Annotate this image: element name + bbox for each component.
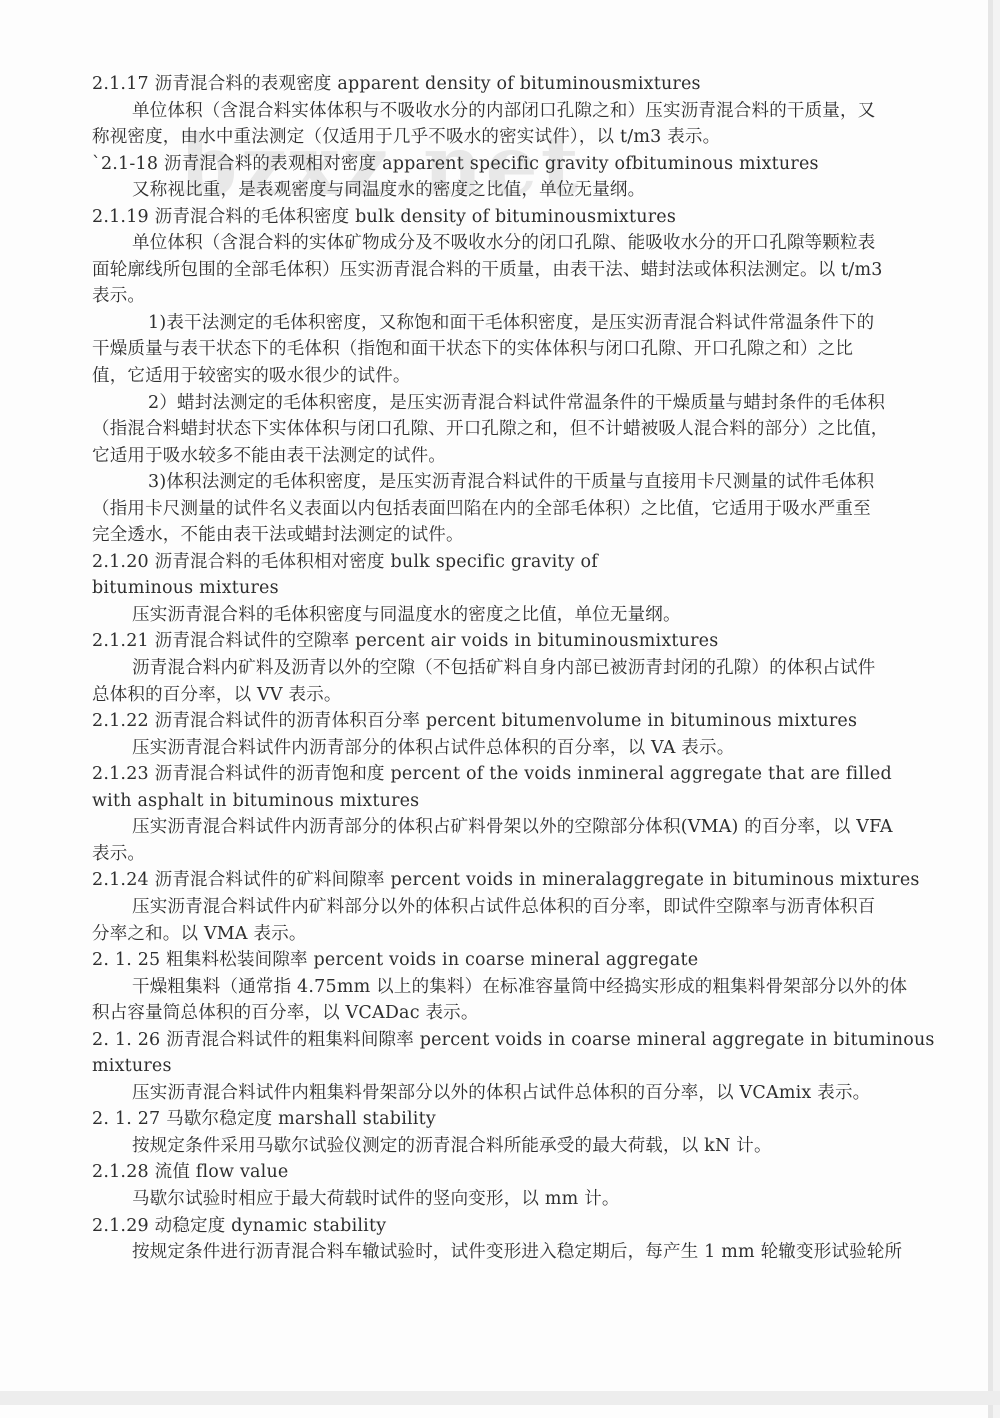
- text-line: 2.1.17 沥青混合料的表观密度 apparent density of bi…: [92, 71, 952, 98]
- text-line: 压实沥青混合料试件内粗集料骨架部分以外的体积占试件总体积的百分率，以 VCAmi…: [92, 1080, 952, 1107]
- text-line: 2.1.21 沥青混合料试件的空隙率 percent air voids in …: [92, 628, 952, 655]
- text-line: 2.1.29 动稳定度 dynamic stability: [92, 1213, 952, 1240]
- text-line: 2.1.20 沥青混合料的毛体积相对密度 bulk specific gravi…: [92, 549, 952, 576]
- text-line: `2.1-18 沥青混合料的表观相对密度 apparent specific g…: [92, 151, 952, 178]
- text-line: 值，它适用于较密实的吸水很少的试件。: [92, 363, 952, 390]
- text-line: 压实沥青混合料的毛体积密度与同温度水的密度之比值，单位无量纲。: [92, 602, 952, 629]
- text-line: 它适用于吸水较多不能由表干法测定的试件。: [92, 443, 952, 470]
- text-line: 压实沥青混合料试件内矿料部分以外的体积占试件总体积的百分率，即试件空隙率与沥青体…: [92, 894, 952, 921]
- text-line: 2.1.24 沥青混合料试件的矿料间隙率 percent voids in mi…: [92, 867, 952, 894]
- text-line: 1)表干法测定的毛体积密度，又称饱和面干毛体积密度，是压实沥青混合料试件常温条件…: [92, 310, 952, 337]
- text-line: 单位体积（含混合料的实体矿物成分及不吸收水分的闭口孔隙、能吸收水分的开口孔隙等颗…: [92, 230, 952, 257]
- text-line: 完全透水，不能由表干法或蜡封法测定的试件。: [92, 522, 952, 549]
- text-line: 2. 1. 26 沥青混合料试件的粗集料间隙率 percent voids in…: [92, 1027, 952, 1054]
- text-line: 3)体积法测定的毛体积密度，是压实沥青混合料试件的干质量与直接用卡尺测量的试件毛…: [92, 469, 952, 496]
- text-line: 2. 1. 25 粗集料松装间隙率 percent voids in coars…: [92, 947, 952, 974]
- text-line: 表示。: [92, 283, 952, 310]
- text-line: 2. 1. 27 马歇尔稳定度 marshall stability: [92, 1106, 952, 1133]
- page-right-margin: [993, 0, 1000, 1418]
- text-line: 称视密度，由水中重法测定（仅适用于几乎不吸水的密实试件），以 t/m3 表示。: [92, 124, 952, 151]
- text-line: 面轮廓线所包围的全部毛体积）压实沥青混合料的干质量，由表干法、蜡封法或体积法测定…: [92, 257, 952, 284]
- text-line: 2.1.22 沥青混合料试件的沥青体积百分率 percent bitumenvo…: [92, 708, 952, 735]
- text-line: 单位体积（含混合料实体体积与不吸收水分的内部闭口孔隙之和）压实沥青混合料的干质量…: [92, 98, 952, 125]
- page-bottom-edge-band: [0, 1391, 1000, 1405]
- text-line: 干燥质量与表干状态下的毛体积（指饱和面干状态下的实体体积与闭口孔隙、开口孔隙之和…: [92, 336, 952, 363]
- text-line: 又称视比重，是表观密度与同温度水的密度之比值，单位无量纲。: [92, 177, 952, 204]
- text-line: 按规定条件采用马歇尔试验仪测定的沥青混合料所能承受的最大荷载，以 kN 计。: [92, 1133, 952, 1160]
- text-line: 按规定条件进行沥青混合料车辙试验时，试件变形进入稳定期后，每产生 1 mm 轮辙…: [92, 1239, 952, 1266]
- text-line: 积占容量筒总体积的百分率，以 VCADac 表示。: [92, 1000, 952, 1027]
- text-line: 2.1.28 流值 flow value: [92, 1159, 952, 1186]
- text-line: （指用卡尺测量的试件名义表面以内包括表面凹陷在内的全部毛体积）之比值，它适用于吸…: [92, 496, 952, 523]
- scanned-document-page: bzxz.net 2.1.17 沥青混合料的表观密度 apparent dens…: [0, 0, 1000, 1418]
- text-line: 表示。: [92, 841, 952, 868]
- page-right-edge-line: [988, 0, 993, 1418]
- text-line: 压实沥青混合料试件内沥青部分的体积占试件总体积的百分率，以 VA 表示。: [92, 735, 952, 762]
- text-line: 2.1.23 沥青混合料试件的沥青饱和度 percent of the void…: [92, 761, 952, 788]
- text-line: 沥青混合料内矿料及沥青以外的空隙（不包括矿料自身内部已被沥青封闭的孔隙）的体积占…: [92, 655, 952, 682]
- document-body: 2.1.17 沥青混合料的表观密度 apparent density of bi…: [92, 71, 952, 1266]
- text-line: 分率之和。以 VMA 表示。: [92, 921, 952, 948]
- text-line: 2）蜡封法测定的毛体积密度，是压实沥青混合料试件常温条件的干燥质量与蜡封条件的毛…: [92, 390, 952, 417]
- text-line: 马歇尔试验时相应于最大荷载时试件的竖向变形，以 mm 计。: [92, 1186, 952, 1213]
- text-line: 总体积的百分率，以 VV 表示。: [92, 682, 952, 709]
- text-line: 干燥粗集料（通常指 4.75mm 以上的集料）在标准容量筒中经捣实形成的粗集料骨…: [92, 974, 952, 1001]
- text-line: mixtures: [92, 1053, 952, 1080]
- text-line: 压实沥青混合料试件内沥青部分的体积占矿料骨架以外的空隙部分体积(VMA) 的百分…: [92, 814, 952, 841]
- text-line: 2.1.19 沥青混合料的毛体积密度 bulk density of bitum…: [92, 204, 952, 231]
- text-line: with asphalt in bituminous mixtures: [92, 788, 952, 815]
- text-line: bituminous mixtures: [92, 575, 952, 602]
- text-line: （指混合料蜡封状态下实体体积与闭口孔隙、开口孔隙之和，但不计蜡被吸人混合料的部分…: [92, 416, 952, 443]
